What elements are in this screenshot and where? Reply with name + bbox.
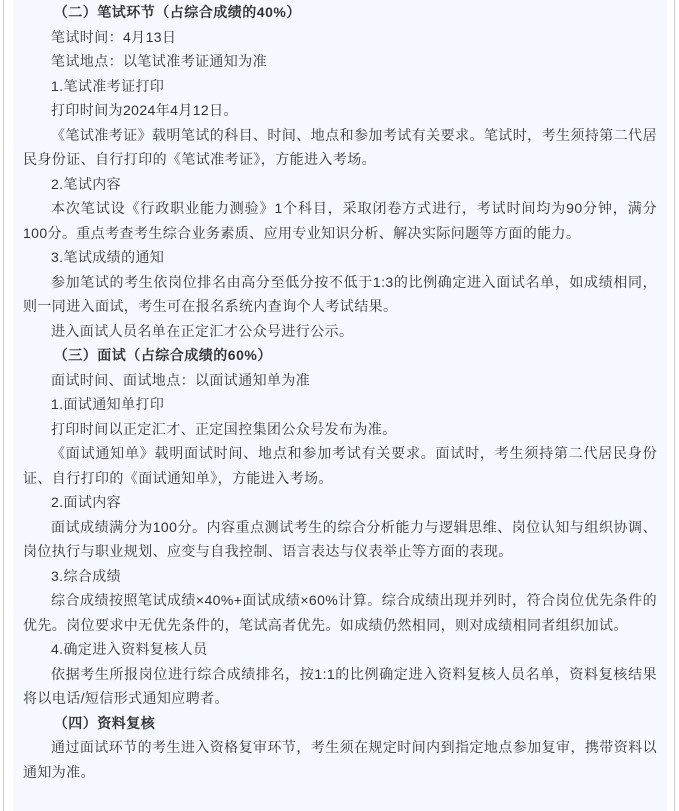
interview-time-location: 面试时间、面试地点：以面试通知单为准 xyxy=(23,368,657,393)
written-exam-location: 笔试地点：以笔试准考证通知为准 xyxy=(23,49,657,74)
subheading-written-results-notice: 3.笔试成绩的通知 xyxy=(23,245,657,270)
subheading-interview-content: 2.面试内容 xyxy=(23,490,657,515)
interview-notice-print-time: 打印时间以正定汇才、正定国控集团公众号发布为准。 xyxy=(23,417,657,442)
article-frame: （二）笔试环节（占综合成绩的40%） 笔试时间：4月13日 笔试地点：以笔试准考… xyxy=(3,0,675,811)
interview-notice-requirements: 《面试通知单》载明面试时间、地点和参加考试有关要求。面试时，考生须持第二代居民身… xyxy=(23,441,657,490)
document-review-details: 通过面试环节的考生进入资格复审环节，考生须在规定时间内到指定地点参加复审，携带资… xyxy=(23,735,657,784)
subheading-written-exam-content: 2.笔试内容 xyxy=(23,172,657,197)
subheading-overall-score: 3.综合成绩 xyxy=(23,564,657,589)
article-content: （二）笔试环节（占综合成绩的40%） 笔试时间：4月13日 笔试地点：以笔试准考… xyxy=(13,0,667,811)
admission-ticket-requirements: 《笔试准考证》载明笔试的科目、时间、地点和参加考试有关要求。笔试时，考生须持第二… xyxy=(23,123,657,172)
written-results-notice: 参加笔试的考生依岗位排名由高分至低分按不低于1:3的比例确定进入面试名单，如成绩… xyxy=(23,270,657,319)
subheading-document-review-candidates: 4.确定进入资料复核人员 xyxy=(23,637,657,662)
interview-content: 面试成绩满分为100分。内容重点测试考生的综合分析能力与逻辑思维、岗位认知与组织… xyxy=(23,515,657,564)
interview-list-publicity: 进入面试人员名单在正定汇才公众号进行公示。 xyxy=(23,319,657,344)
admission-ticket-print-date: 打印时间为2024年4月12日。 xyxy=(23,98,657,123)
subheading-interview-notice-print: 1.面试通知单打印 xyxy=(23,392,657,417)
subheading-admission-ticket-print: 1.笔试准考证打印 xyxy=(23,74,657,99)
section-heading-document-review: （四）资料复核 xyxy=(23,711,657,736)
section-heading-written-exam: （二）笔试环节（占综合成绩的40%） xyxy=(23,0,657,25)
written-exam-time: 笔试时间：4月13日 xyxy=(23,25,657,50)
section-heading-interview: （三）面试（占综合成绩的60%） xyxy=(23,343,657,368)
overall-score-calculation: 综合成绩按照笔试成绩×40%+面试成绩×60%计算。综合成绩出现并列时，符合岗位… xyxy=(23,588,657,637)
written-exam-content: 本次笔试设《行政职业能力测验》1个科目，采取闭卷方式进行，考试时间均为90分钟，… xyxy=(23,196,657,245)
document-review-candidates: 依据考生所报岗位进行综合成绩排名，按1:1的比例确定进入资料复核人员名单，资料复… xyxy=(23,662,657,711)
